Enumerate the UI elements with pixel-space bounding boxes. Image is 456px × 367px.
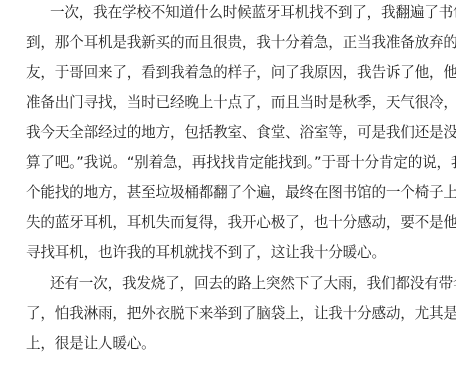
text-line: 算了吧。”我说。“别着急，再找找肯定能找到。”于哥十分肯定的说，我们翻遍了整: [26, 153, 456, 173]
text-line: 还有一次，我发烧了，回去的路上突然下了大雨，我们都没有带伞，蒋哥看到: [50, 274, 456, 294]
text-line: 寻找耳机，也许我的耳机就找不到了，这让我十分暖心。: [26, 243, 386, 263]
text-line: 了，怕我淋雨，把外衣脱下来举到了脑袋上，让我十分感动，尤其是在两个男生身: [26, 304, 456, 324]
text-line: 到，那个耳机是我新买的而且很贵，我十分着急，正当我准备放弃的时候，我的室: [26, 33, 456, 53]
text-line: 友，于哥回来了，看到我着急的样子，问了我原因，我告诉了他，他立马穿好衣服: [26, 63, 456, 83]
text-line: 上，很是让人暖心。: [26, 334, 156, 354]
text-line: 准备出门寻找，当时已经晚上十点了，而且当时是秋季，天气很冷，我们俩来到了: [26, 93, 456, 113]
text-line: 一次，我在学校不知道什么时候蓝牙耳机找不到了，我翻遍了书包也没有找: [50, 3, 456, 23]
text-line: 失的蓝牙耳机，耳机失而复得，我开心极了，也十分感动，要不是他不放弃的帮我: [26, 213, 456, 233]
text-line: 我今天全部经过的地方，包括教室、食堂、浴室等，可是我们还是没有找到。“要不: [26, 123, 456, 143]
text-line: 个能找的地方，甚至垃圾桶都翻了个遍，最终在图书馆的一个椅子上找到了我丢: [26, 183, 456, 203]
